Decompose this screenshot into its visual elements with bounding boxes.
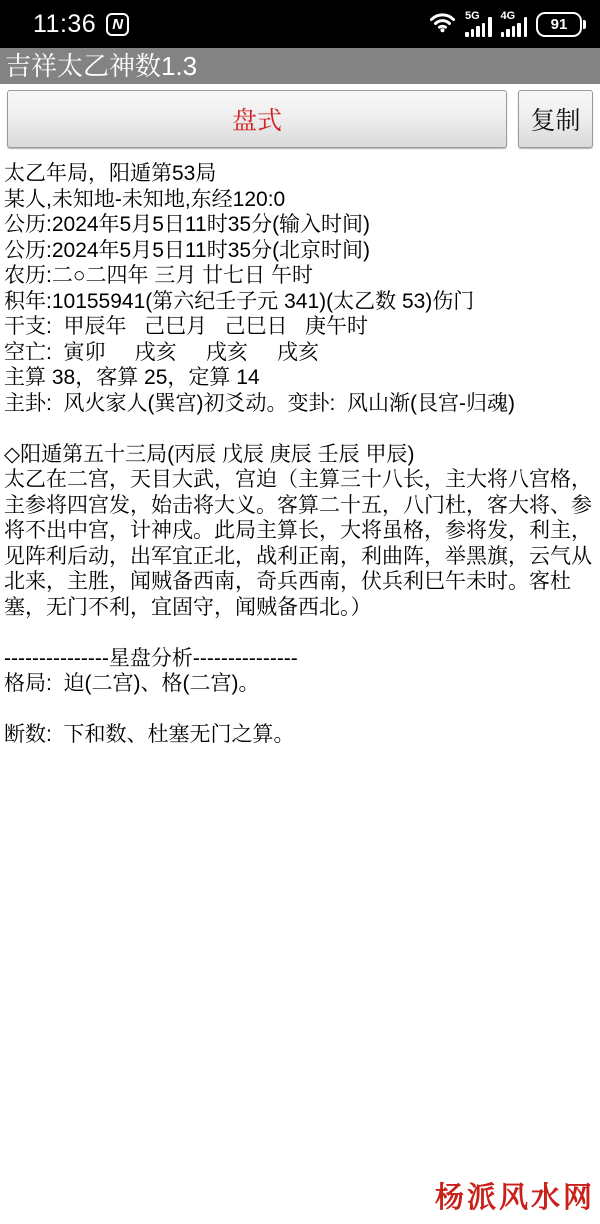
pan-shi-button[interactable]: 盘式 (7, 90, 507, 148)
report-line: 主卦: 风火家人(巽宫)初爻动。变卦: 风山渐(艮宫-归魂) (4, 391, 597, 417)
report-line: 积年:10155941(第六纪壬子元 341)(太乙数 53)伤门 (4, 289, 597, 315)
report-line: 公历:2024年5月5日11时35分(输入时间) (4, 212, 597, 238)
signal-sim2-bars (501, 23, 521, 37)
copy-button[interactable]: 复制 (518, 90, 593, 148)
battery-icon: 91 (536, 12, 582, 37)
wifi-icon (429, 11, 456, 38)
report-line: 空亡: 寅卯 戌亥 戌亥 戌亥 (4, 340, 597, 366)
nfc-icon: N (106, 13, 129, 36)
report-line: 干支: 甲辰年 己巳月 己巳日 庚午时 (4, 314, 597, 340)
report-line (4, 697, 597, 723)
signal-sim1-icon: 5G (465, 11, 492, 37)
report-line: 主算 38，客算 25，定算 14 (4, 365, 597, 391)
report-line: 格局: 迫(二宫)、格(二宫)。 (4, 671, 597, 697)
signal-sim2-tall-bar (524, 17, 528, 37)
report-body: 太乙年局，阳遁第53局某人,未知地-未知地,东经120:0公历:2024年5月5… (0, 161, 600, 748)
signal-sim1-bars (465, 23, 485, 37)
report-line (4, 620, 597, 646)
report-line: 公历:2024年5月5日11时35分(北京时间) (4, 238, 597, 264)
signal-sim2-icon: 4G (501, 11, 528, 37)
signal-sim1-tall-bar (488, 17, 492, 37)
toolbar: 盘式 复制 (0, 84, 600, 148)
report-line: 断数: 下和数、杜塞无门之算。 (4, 722, 597, 748)
battery-percent: 91 (551, 16, 568, 33)
report-line (4, 416, 597, 442)
status-time: 11:36 (33, 10, 96, 39)
watermark: 杨派风水网 (435, 1175, 595, 1216)
report-line: 太乙年局，阳遁第53局 (4, 161, 597, 187)
signal-sim2-label: 4G (501, 11, 516, 22)
report-line: 太乙在二宫，天目大武，宫迫（主算三十八长，主大将八宫格，主参将四宫发，始击将大义… (4, 467, 597, 620)
title-bar: 吉祥太乙神数1.3 (0, 48, 600, 84)
status-bar-right: 5G 4G 91 (429, 11, 587, 38)
app-screen: 11:36 N 5G 4G (0, 0, 600, 1224)
report-line: ---------------星盘分析--------------- (4, 646, 597, 672)
status-bar: 11:36 N 5G 4G (0, 0, 600, 48)
signal-sim1-label: 5G (465, 11, 480, 22)
report-line: 某人,未知地-未知地,东经120:0 (4, 187, 597, 213)
status-bar-left: 11:36 N (13, 10, 129, 39)
app-title: 吉祥太乙神数1.3 (5, 48, 197, 84)
report-line: 农历:二○二四年 三月 廿七日 午时 (4, 263, 597, 289)
report-line: ◇阳遁第五十三局(丙辰 戊辰 庚辰 壬辰 甲辰) (4, 442, 597, 468)
